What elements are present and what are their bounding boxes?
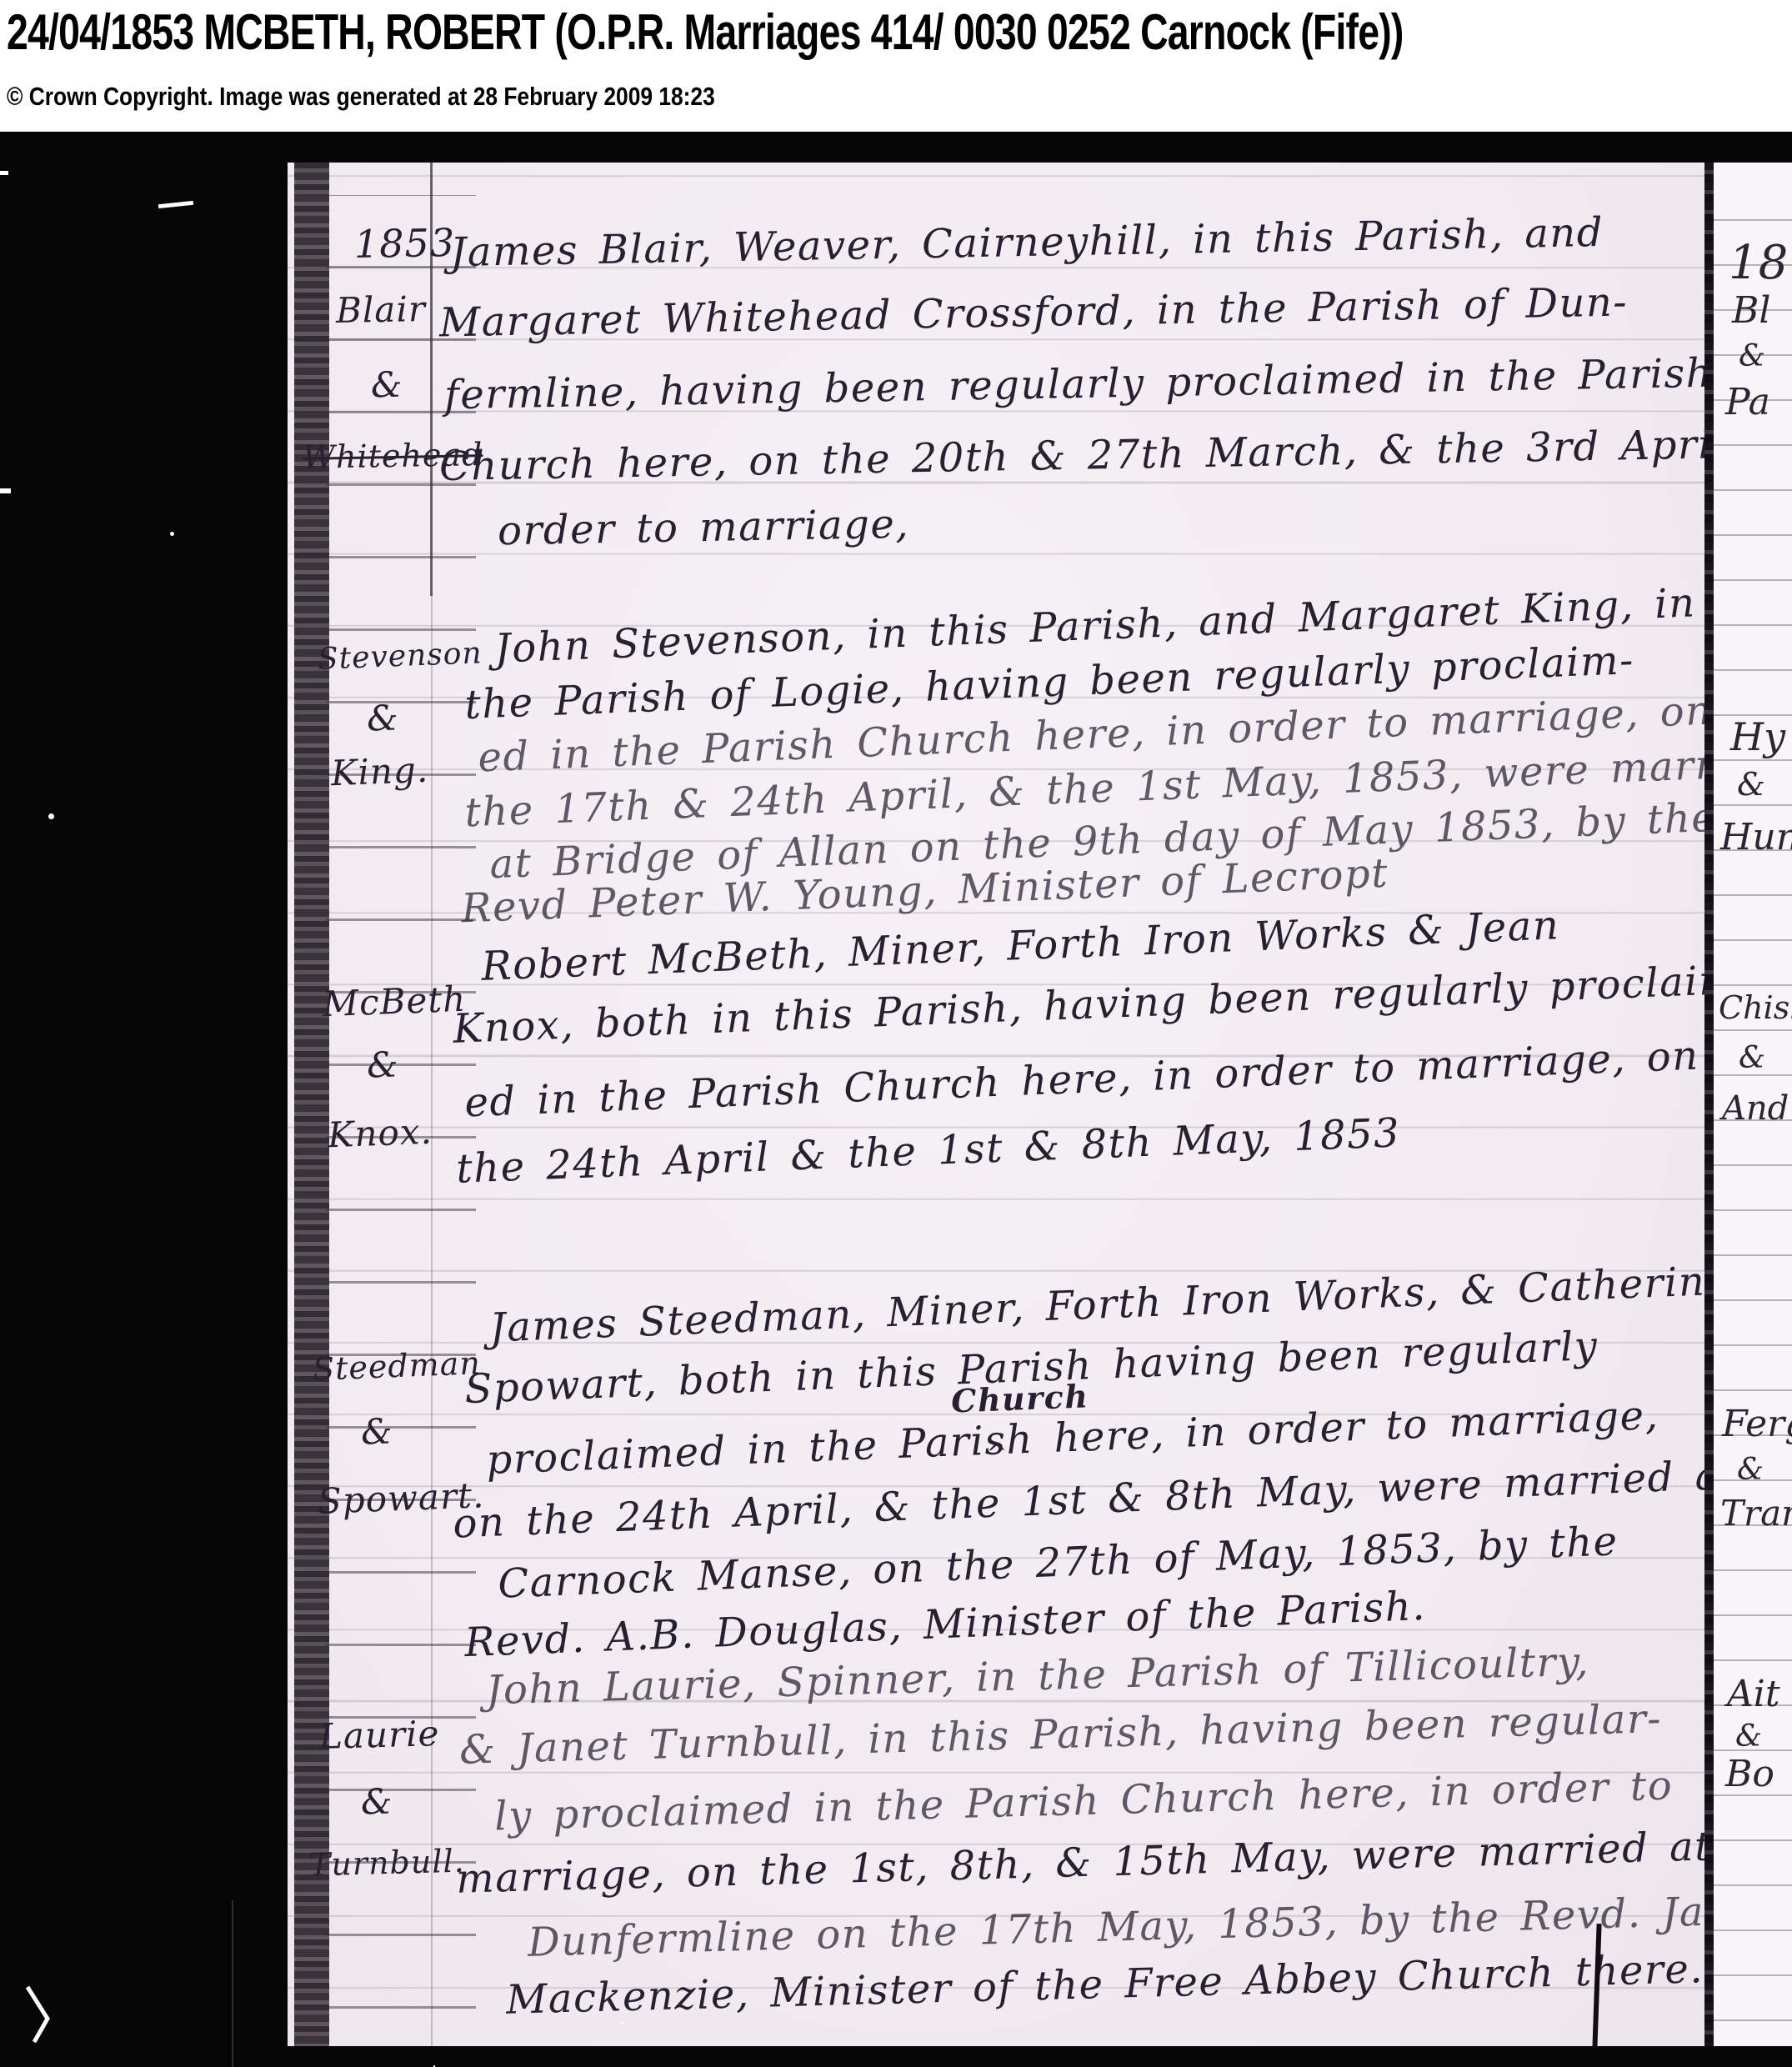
scratch-mark xyxy=(48,813,54,819)
page-fragment: & xyxy=(1735,1719,1762,1754)
margin-label: Blair xyxy=(336,288,427,331)
adjacent-page: 18 Bl & Pa Hy & Hun Chish & And Ferg & T… xyxy=(1714,163,1792,2046)
margin-label: & xyxy=(360,1781,393,1823)
check-scratch-mark xyxy=(21,1984,63,2050)
register-line: Church here, on the 20th & 27th March, &… xyxy=(439,418,1792,490)
scratch-mark xyxy=(158,201,193,208)
margin-label: & xyxy=(360,1410,393,1452)
page-fragment: & xyxy=(1739,1041,1765,1075)
register-line: the 24th April & the 1st & 8th May, 1853 xyxy=(455,1109,1401,1192)
page-fragment: Chish xyxy=(1719,989,1792,1026)
page-fragment: Hun xyxy=(1720,816,1792,858)
page-fragment: Hy xyxy=(1730,714,1785,759)
scan-background: 1853 Blair & Whitehead James Blair, Weav… xyxy=(0,132,1792,2067)
page-fragment: & xyxy=(1737,766,1765,803)
margin-label: McBeth xyxy=(322,978,467,1025)
page-fragment: Bo xyxy=(1725,1753,1774,1795)
inserted-word: Church xyxy=(950,1377,1089,1419)
page-fragment: Ait xyxy=(1727,1673,1780,1715)
page-fragment: And xyxy=(1722,1089,1789,1128)
register-page: 1853 Blair & Whitehead James Blair, Weav… xyxy=(288,163,1704,2046)
scratch-mark xyxy=(0,488,11,493)
margin-label: Stevenson xyxy=(317,636,483,677)
register-line: James Blair, Weaver, Cairneyhill, in thi… xyxy=(450,209,1604,276)
scratch-mark xyxy=(0,171,8,175)
margin-label: & xyxy=(366,1044,399,1085)
caret-mark: ^ xyxy=(986,1439,1009,1469)
page-fragment: Pa xyxy=(1725,381,1770,423)
page-gutter xyxy=(1704,163,1714,2046)
register-line: fermline, having been regularly proclaim… xyxy=(444,350,1714,419)
page-fragment: Bl xyxy=(1732,289,1770,332)
register-line: Margaret Whitehead Crossford, in the Par… xyxy=(439,279,1629,347)
margin-label: 1853 xyxy=(354,220,456,267)
record-image-viewer: 24/04/1853 MCBETH, ROBERT (O.P.R. Marria… xyxy=(0,0,1792,2067)
page-fragment: Ferg xyxy=(1722,1403,1792,1445)
scratch-mark xyxy=(621,2022,623,2024)
page-fragment: 18 xyxy=(1729,236,1788,290)
scratch-line xyxy=(232,1900,233,2067)
header-band: 24/04/1853 MCBETH, ROBERT (O.P.R. Marria… xyxy=(0,0,1792,132)
margin-label: & xyxy=(371,364,403,406)
margin-label: Steedman xyxy=(312,1344,481,1388)
register-line: order to marriage, xyxy=(498,501,910,555)
page-fragment: & xyxy=(1737,1453,1764,1487)
margin-label: Knox. xyxy=(327,1111,433,1156)
margin-label: King. xyxy=(330,749,429,793)
page-title: 24/04/1853 MCBETH, ROBERT (O.P.R. Marria… xyxy=(7,3,1404,62)
page-fragment: Tran xyxy=(1720,1493,1792,1534)
register-line: ed in the Parish Church here, in order t… xyxy=(463,1033,1699,1127)
margin-label: Laurie xyxy=(318,1713,440,1757)
page-fragment: & xyxy=(1739,339,1765,373)
scratch-mark xyxy=(170,532,174,536)
margin-label: Turnbull. xyxy=(308,1843,465,1884)
margin-label: & xyxy=(366,697,399,738)
copyright-notice: © Crown Copyright. Image was generated a… xyxy=(7,82,715,112)
